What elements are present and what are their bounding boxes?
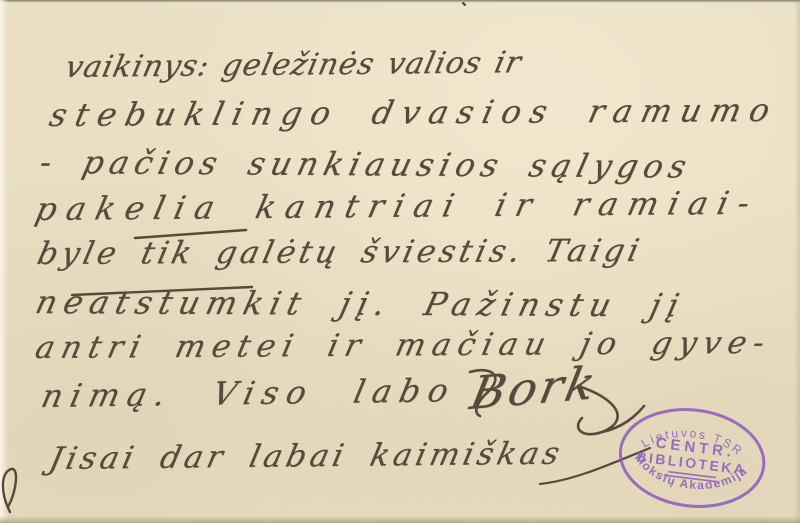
handwritten-line-6: neatstumkit jį. Pažinstu jį bbox=[32, 283, 689, 324]
postcard-scan: vaikinys: geležinės valios ir stebukling… bbox=[0, 0, 800, 523]
handwritten-line-2: stebuklingo dvasios ramumo bbox=[46, 91, 782, 134]
handwritten-line-8: nimą. Viso labo bbox=[38, 371, 460, 415]
handwritten-line-5: byle tik galėtų šviestis. Taigi bbox=[34, 233, 646, 272]
handwritten-line-1: vaikinys: geležinės valios ir bbox=[62, 45, 525, 85]
scan-edge-top bbox=[0, 0, 800, 3]
handwritten-line-9: Jisai dar labai kaimiškas bbox=[46, 436, 567, 477]
signature: Bork bbox=[466, 355, 603, 420]
handwritten-line-3: - pačios sunkiausios sąlygos bbox=[36, 143, 696, 186]
scan-edge-bottom bbox=[0, 516, 800, 523]
scan-edge-right bbox=[794, 0, 800, 523]
scan-edge-left bbox=[0, 0, 8, 523]
handwritten-line-7: antri metei ir mačiau jo gyve- bbox=[32, 325, 775, 366]
handwritten-line-4: pakelia kantriai ir ramiai- bbox=[32, 184, 763, 228]
library-stamp: Lietuvos TSR CENTR. BIBLIOTEKA Mokslų Ak… bbox=[602, 392, 783, 523]
ink-speck bbox=[463, 3, 465, 5]
